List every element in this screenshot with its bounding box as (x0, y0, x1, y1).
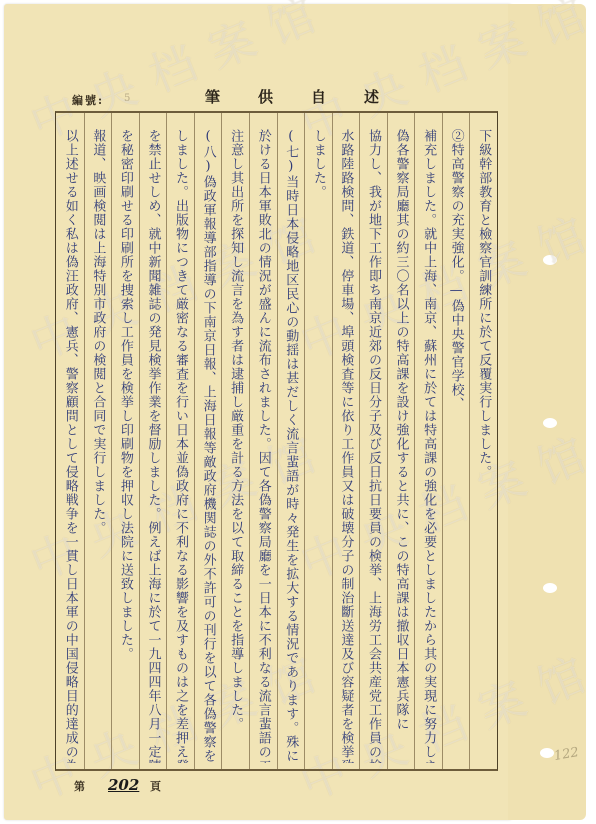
document-title: 筆供自述 (205, 86, 417, 107)
file-number-label: 編號: (72, 92, 104, 108)
page-prefix: 第 (74, 778, 85, 794)
punch-hole (540, 748, 554, 758)
file-number-value: 5 (124, 93, 130, 104)
page-margin (508, 4, 586, 820)
writing-frame: 下級幹部教育と檢察官訓練所に於て反覆実行しました。②特高警察の充実強化。—偽中央… (55, 111, 498, 771)
punch-hole (543, 418, 557, 428)
page-suffix: 頁 (150, 778, 161, 794)
punch-hole (543, 583, 557, 593)
handwritten-line: 以上述せる如く私は偽汪政府、憲兵、警察顧問として侵略戦争を一貫し日本軍の中国侵略… (52, 129, 88, 763)
page-number: 202 (108, 776, 139, 794)
punch-hole (543, 255, 557, 265)
